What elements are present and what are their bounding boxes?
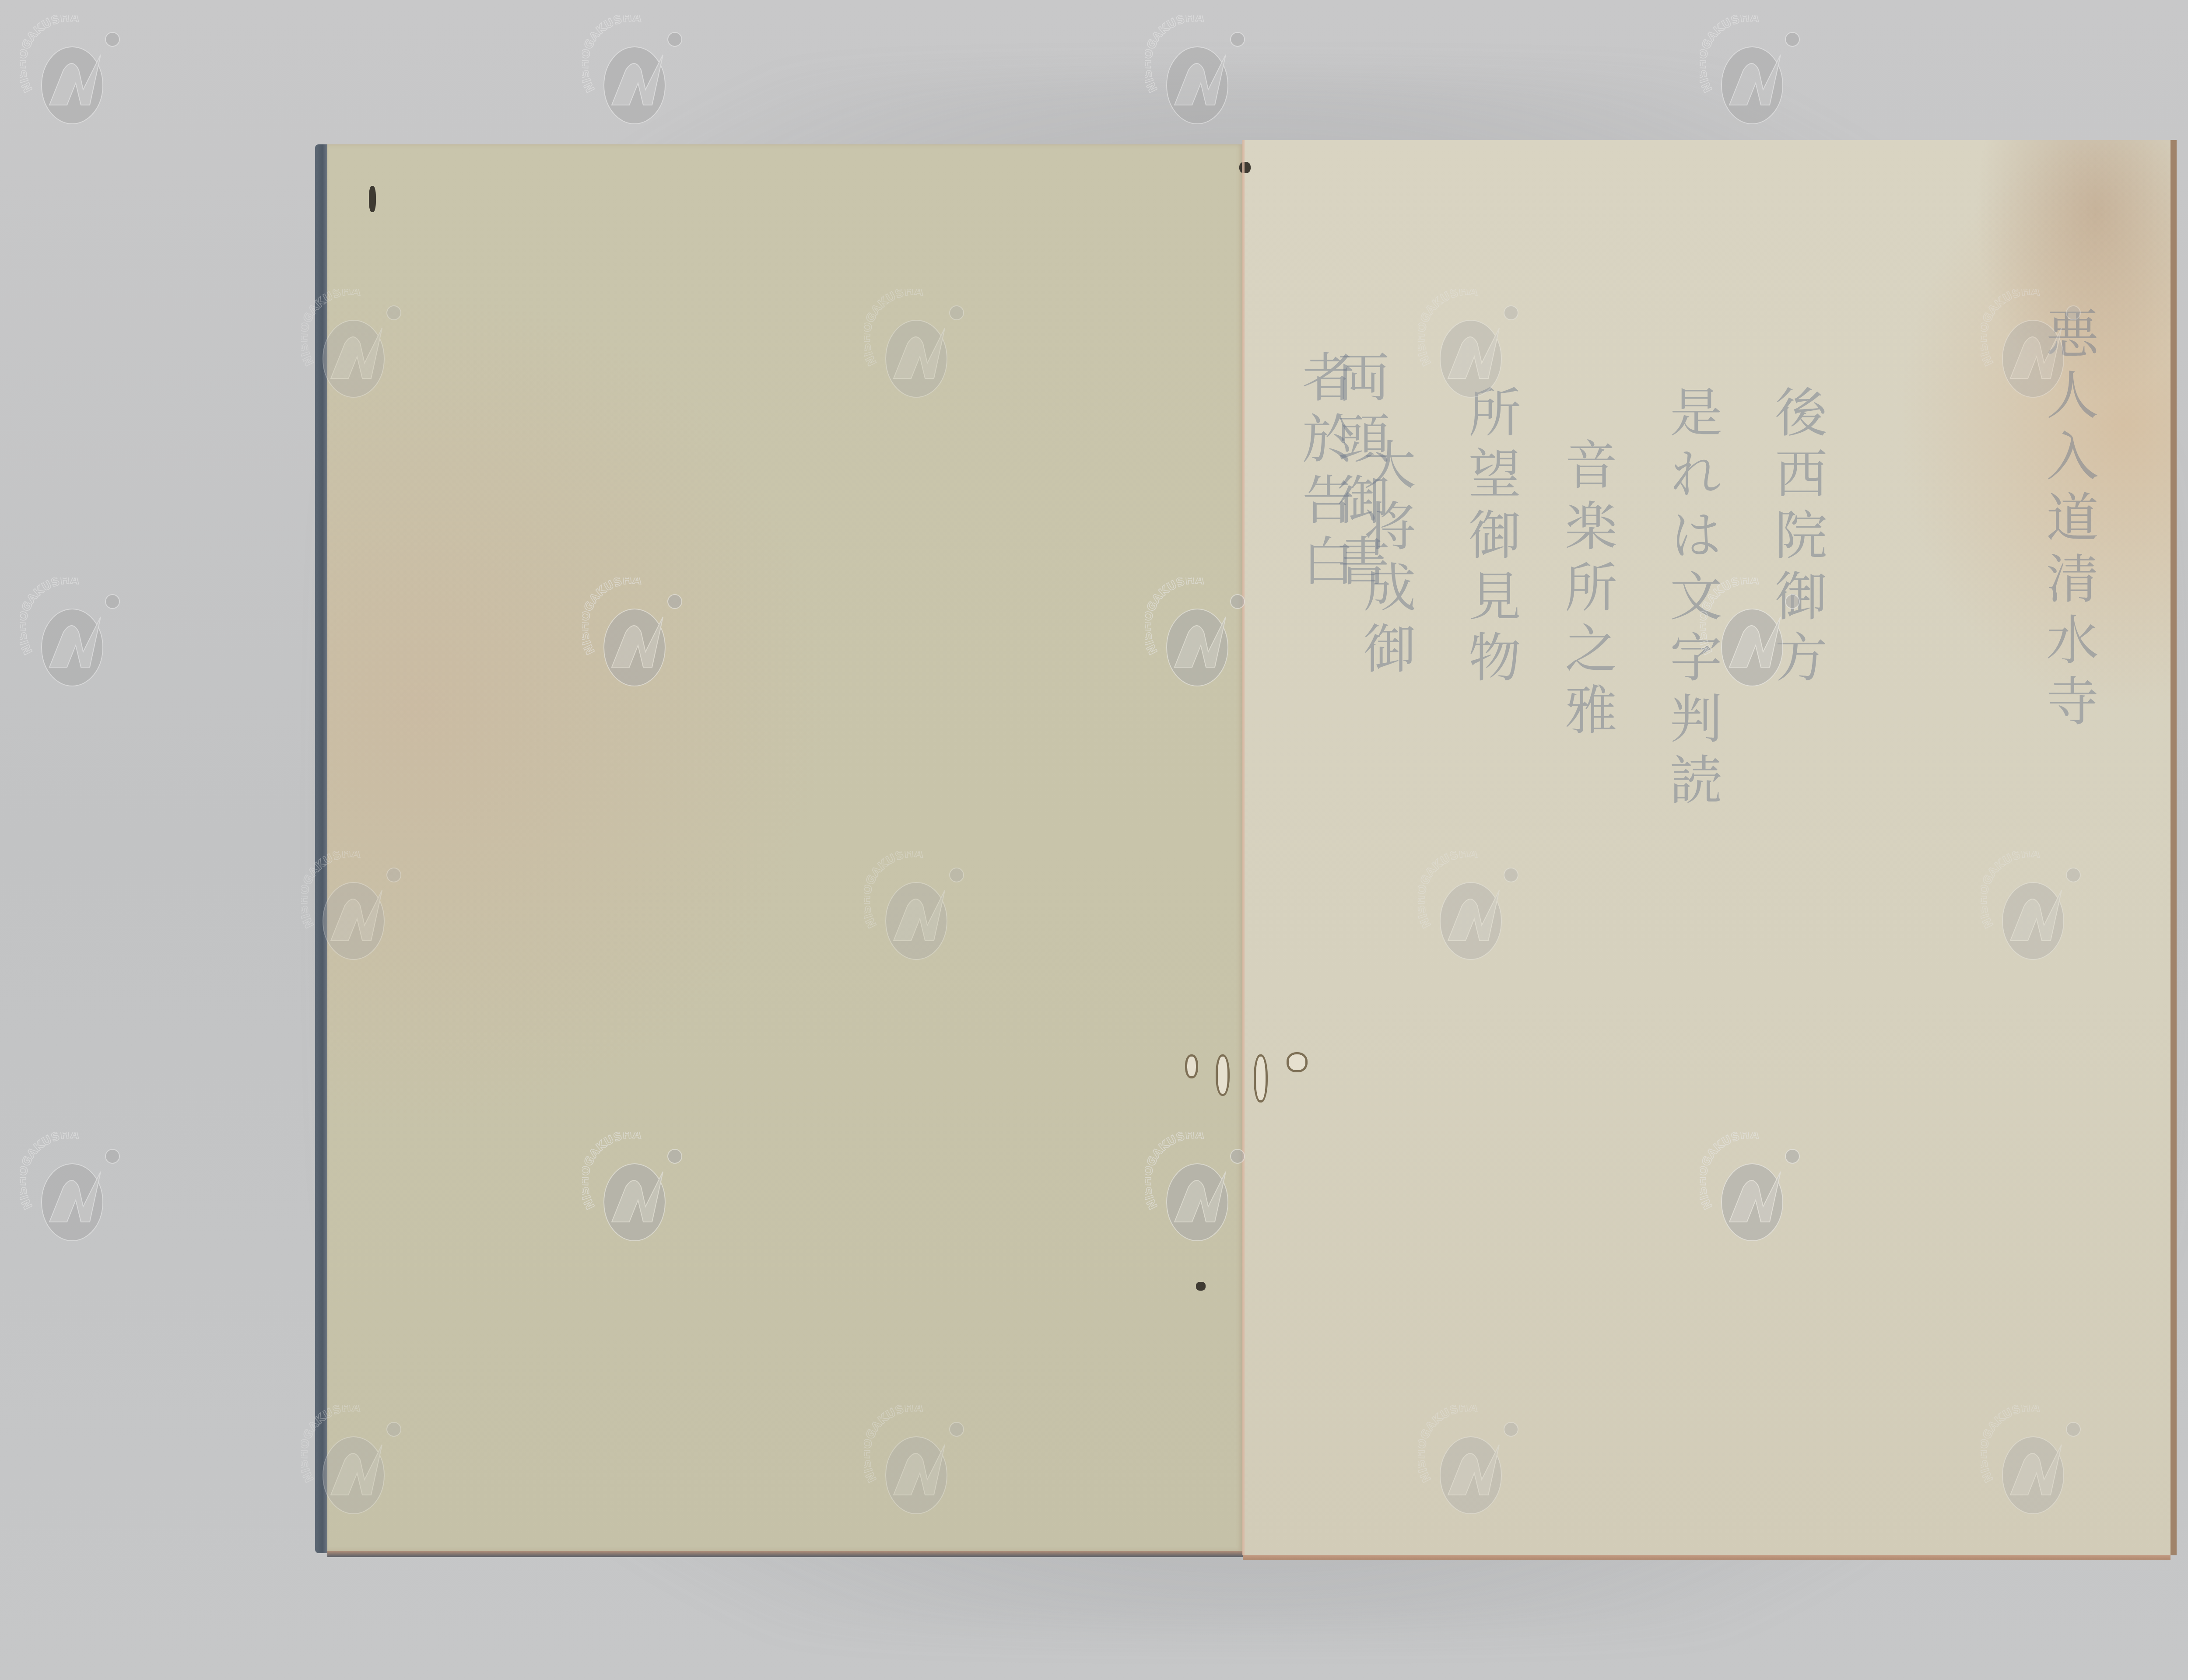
handwriting-column: 所望御見物 <box>1462 385 1523 691</box>
nishogakusha-logo-icon: NISHOGAKUSHA <box>864 851 969 965</box>
nishogakusha-logo-icon: NISHOGAKUSHA <box>1700 15 1805 129</box>
nishogakusha-logo-icon: NISHOGAKUSHA <box>582 15 687 129</box>
worm-hole <box>1287 1052 1308 1072</box>
nishogakusha-logo-icon: NISHOGAKUSHA <box>1418 1405 1523 1519</box>
nishogakusha-logo-icon: NISHOGAKUSHA <box>301 851 406 965</box>
nishogakusha-logo-icon: NISHOGAKUSHA <box>1700 1132 1805 1246</box>
nishogakusha-logo-icon: NISHOGAKUSHA <box>582 577 687 691</box>
worm-hole <box>1254 1054 1268 1102</box>
open-book <box>315 140 2173 1555</box>
nishogakusha-logo-icon: NISHOGAKUSHA <box>1418 851 1523 965</box>
nishogakusha-logo-icon: NISHOGAKUSHA <box>864 1405 969 1519</box>
nishogakusha-logo-icon: NISHOGAKUSHA <box>582 1132 687 1246</box>
nishogakusha-logo-icon: NISHOGAKUSHA <box>1981 289 2086 402</box>
nishogakusha-logo-icon: NISHOGAKUSHA <box>1700 577 1805 691</box>
ink-mark <box>369 186 376 212</box>
left-page <box>327 144 1243 1551</box>
nishogakusha-logo-icon: NISHOGAKUSHA <box>1145 577 1250 691</box>
ink-mark <box>1196 1282 1206 1291</box>
nishogakusha-logo-icon: NISHOGAKUSHA <box>1981 1405 2086 1519</box>
nishogakusha-logo-icon: NISHOGAKUSHA <box>1981 851 2086 965</box>
worm-hole <box>1216 1054 1230 1096</box>
nishogakusha-logo-icon: NISHOGAKUSHA <box>864 289 969 402</box>
nishogakusha-logo-icon: NISHOGAKUSHA <box>20 577 125 691</box>
nishogakusha-logo-icon: NISHOGAKUSHA <box>20 15 125 129</box>
nishogakusha-logo-icon: NISHOGAKUSHA <box>1418 289 1523 402</box>
right-page-bottom-edge <box>1243 1555 2170 1560</box>
nishogakusha-logo-icon: NISHOGAKUSHA <box>20 1132 125 1246</box>
nishogakusha-logo-icon: NISHOGAKUSHA <box>1145 1132 1250 1246</box>
handwriting-column: 者於告白 <box>1295 350 1357 595</box>
ink-mark <box>1239 162 1251 173</box>
nishogakusha-logo-icon: NISHOGAKUSHA <box>301 289 406 402</box>
spine-fold <box>1242 140 1245 1555</box>
nishogakusha-logo-icon: NISHOGAKUSHA <box>1145 15 1250 129</box>
left-page-bottom-edge <box>327 1551 1243 1557</box>
handwriting-column: 音楽所之雅 <box>1558 437 1619 744</box>
worm-hole <box>1185 1054 1198 1078</box>
nishogakusha-logo-icon: NISHOGAKUSHA <box>301 1405 406 1519</box>
